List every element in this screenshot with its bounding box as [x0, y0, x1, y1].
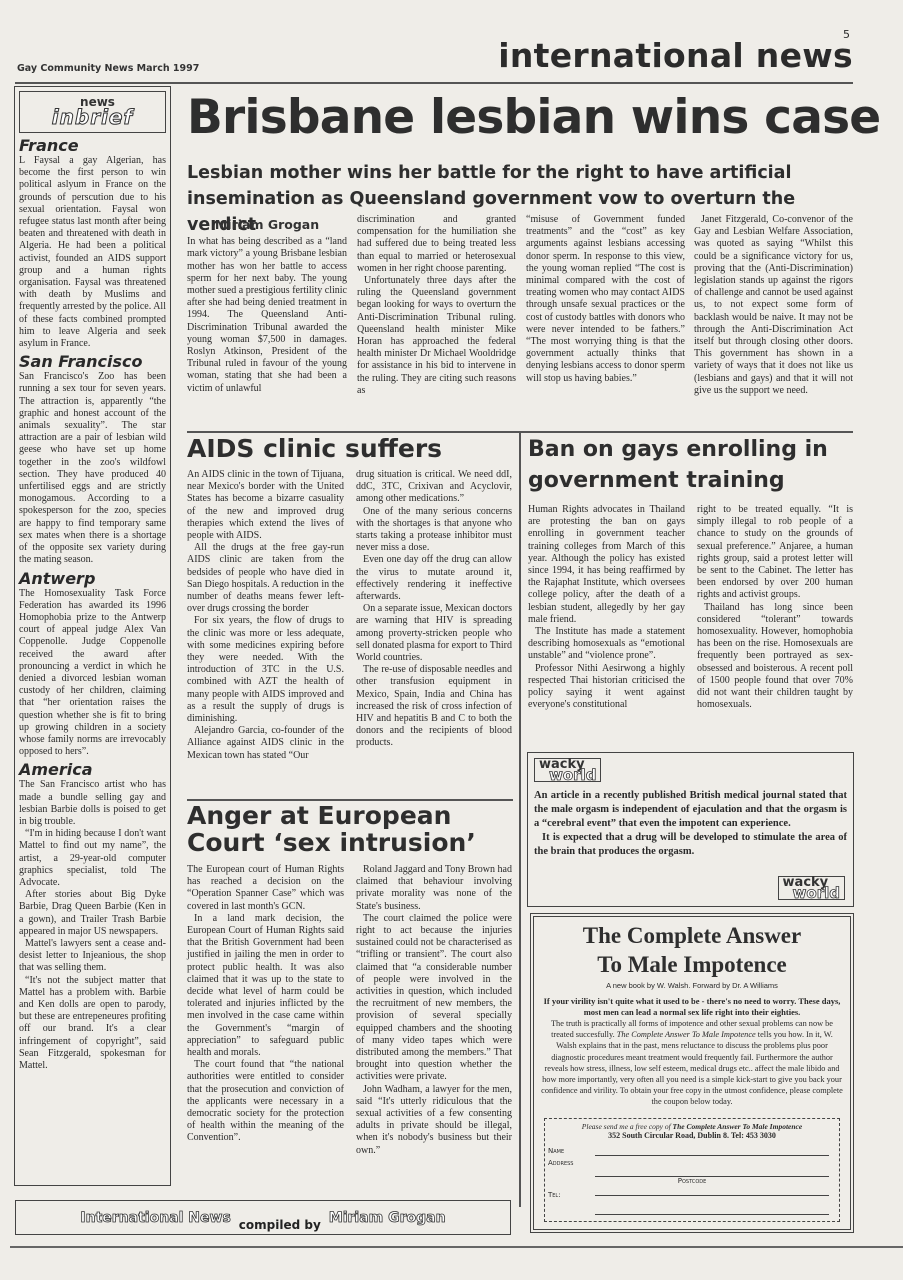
article-paragraph: An AIDS clinic in the town of Tijuana, n… — [187, 469, 344, 542]
article-paragraph: John Wadham, a lawyer for the men, said … — [356, 1084, 512, 1157]
name-field[interactable] — [595, 1155, 829, 1156]
advert-credit: A new book by W. Walsh. Forward by Dr. A… — [540, 981, 844, 990]
brief-paragraph: “I'm in hiding because I don't want Matt… — [19, 828, 166, 889]
wacky-world-logo: wacky world — [534, 758, 601, 782]
coupon-request-text: Please send me a free copy of — [582, 1122, 673, 1131]
wacky-world-box: wacky world An article in a recently pub… — [527, 752, 854, 907]
lead-column-2: discrimination and granted compensation … — [357, 214, 516, 397]
aids-column-1: An AIDS clinic in the town of Tijuana, n… — [187, 469, 344, 762]
article-paragraph: Thailand has long since been considered … — [697, 602, 853, 712]
compiled-by-bar: International News compiled by Miriam Gr… — [15, 1200, 511, 1235]
coupon-address: 352 South Circular Road, Dublin 8. Tel: … — [545, 1131, 839, 1140]
aids-column-2: drug situation is critical. We need ddI,… — [356, 469, 512, 750]
credit-compiled-by: compiled by — [239, 1218, 321, 1232]
credit-author: Miriam Grogan — [329, 1210, 446, 1226]
article-paragraph: Professor Nithi Aesirwong a highly respe… — [528, 663, 685, 712]
brief-paragraph: San Francisco's Zoo has been running a s… — [19, 371, 166, 566]
order-coupon[interactable]: Please send me a free copy of The Comple… — [544, 1118, 840, 1222]
brief-paragraph: Mattel's lawyers sent a cease and-desist… — [19, 938, 166, 975]
brief-paragraph: The Homosexuality Task Force Federation … — [19, 588, 166, 759]
article-paragraph: The court found that “the national autho… — [187, 1059, 344, 1144]
thailand-column-1: Human Rights advocates in Thailand are p… — [528, 504, 685, 711]
thailand-headline: Ban on gays enrolling in government trai… — [528, 434, 848, 496]
lead-column-1: Miriam Grogan In what has being describe… — [187, 215, 347, 395]
europe-headline-line-1: Anger at European — [187, 802, 476, 829]
impotence-book-advert: The Complete Answer To Male Impotence A … — [530, 913, 854, 1233]
article-paragraph: All the drugs at the free gay-run AIDS c… — [187, 542, 344, 615]
newspaper-page: 5 Gay Community News March 1997 internat… — [0, 0, 903, 1280]
masthead-rule — [15, 82, 853, 84]
advert-lead: If your virility isn't quite what it use… — [540, 996, 844, 1018]
lead-column-4: Janet Fitzgerald, Co-convenor of the Gay… — [694, 214, 853, 397]
logo-inbrief-text: inbrief — [52, 108, 133, 127]
brief-paragraph: The San Francisco artist who has made a … — [19, 779, 166, 828]
article-paragraph: Alejandro Garcia, co-founder of the Alli… — [187, 725, 344, 762]
credit-section: International News — [80, 1210, 230, 1226]
article-paragraph: On a separate issue, Mexican doctors are… — [356, 603, 512, 664]
divider — [519, 433, 521, 1207]
europe-column-1: The European court of Human Rights has r… — [187, 864, 344, 1145]
article-paragraph: Roland Jaggard and Tony Brown had claime… — [356, 864, 512, 913]
tel-label: Tel: — [548, 1191, 561, 1199]
lead-column-3: “misuse of Government funded treatments”… — [526, 214, 685, 385]
article-paragraph: The re-use of disposable needles and oth… — [356, 664, 512, 749]
byline: Miriam Grogan — [187, 219, 347, 231]
europe-column-2: Roland Jaggard and Tony Brown had claime… — [356, 864, 512, 1157]
brief-america: America The San Francisco artist who has… — [19, 761, 166, 1072]
article-paragraph: drug situation is critical. We need ddI,… — [356, 469, 512, 506]
news-in-brief-sidebar: news inbrief France L Faysal a gay Alger… — [14, 86, 171, 1186]
footer-rule — [10, 1246, 903, 1248]
wacky-paragraph: An article in a recently published Briti… — [534, 789, 847, 831]
article-paragraph: Unfortunately three days after the rulin… — [357, 275, 516, 397]
article-paragraph: One of the many serious concerns with th… — [356, 506, 512, 555]
section-title: international news — [498, 36, 853, 75]
article-paragraph: Janet Fitzgerald, Co-convenor of the Gay… — [694, 214, 853, 397]
article-paragraph: The court claimed the police were right … — [356, 913, 512, 1084]
article-paragraph: discrimination and granted compensation … — [357, 214, 516, 275]
brief-antwerp: Antwerp The Homosexuality Task Force Fed… — [19, 570, 166, 759]
postcode-label: Postcode — [545, 1177, 839, 1185]
tel-field[interactable] — [595, 1195, 829, 1196]
advert-body: The truth is practically all forms of im… — [540, 1018, 844, 1108]
wacky-paragraph: It is expected that a drug will be devel… — [534, 831, 847, 859]
brief-heading: France — [19, 137, 166, 155]
advert-body-text: tells you how. In it, W. Walsh explains … — [541, 1030, 843, 1106]
brief-heading: Antwerp — [19, 570, 166, 588]
lead-headline: Brisbane lesbian wins case — [187, 90, 880, 145]
brief-paragraph: “It's not the subject matter that Mattel… — [19, 975, 166, 1073]
brief-heading: San Francisco — [19, 353, 166, 371]
brief-paragraph: After stories about Big Dyke Barbie, Dra… — [19, 889, 166, 938]
article-paragraph: In a land mark decision, the European Co… — [187, 913, 344, 1059]
article-paragraph: right to be treated equally. “It is simp… — [697, 504, 853, 602]
brief-san-francisco: San Francisco San Francisco's Zoo has be… — [19, 353, 166, 566]
name-label: Name — [548, 1147, 564, 1155]
aids-headline: AIDS clinic suffers — [187, 434, 442, 463]
issue-dateline: Gay Community News March 1997 — [17, 63, 199, 74]
advert-title-line-1: The Complete Answer — [540, 921, 844, 950]
advert-book-title: The Complete Answer To Male Impotence — [617, 1030, 756, 1039]
wacky-world-logo: wacky world — [778, 876, 845, 900]
brief-heading: America — [19, 761, 166, 779]
article-paragraph: “misuse of Government funded treatments”… — [526, 214, 685, 385]
europe-headline-line-2: Court ‘sex intrusion’ — [187, 829, 476, 856]
article-paragraph: Even one day off the drug can allow the … — [356, 554, 512, 603]
brief-france: France L Faysal a gay Algerian, has beco… — [19, 137, 166, 350]
europe-headline: Anger at European Court ‘sex intrusion’ — [187, 802, 476, 856]
address-label: Address — [548, 1159, 573, 1167]
news-in-brief-logo: news inbrief — [19, 91, 166, 133]
brief-paragraph: L Faysal a gay Algerian, has become the … — [19, 155, 166, 350]
thailand-column-2: right to be treated equally. “It is simp… — [697, 504, 853, 711]
article-paragraph: The European court of Human Rights has r… — [187, 864, 344, 913]
advert-title-line-2: To Male Impotence — [540, 950, 844, 979]
coupon-book-title: The Complete Answer To Male Impotence — [673, 1122, 803, 1131]
coupon-request: Please send me a free copy of The Comple… — [545, 1122, 839, 1131]
article-paragraph: Human Rights advocates in Thailand are p… — [528, 504, 685, 626]
article-paragraph: For six years, the flow of drugs to the … — [187, 615, 344, 725]
extra-field[interactable] — [595, 1214, 829, 1215]
article-paragraph: The Institute has made a statement descr… — [528, 626, 685, 663]
article-paragraph: In what has being described as a “land m… — [187, 236, 347, 395]
